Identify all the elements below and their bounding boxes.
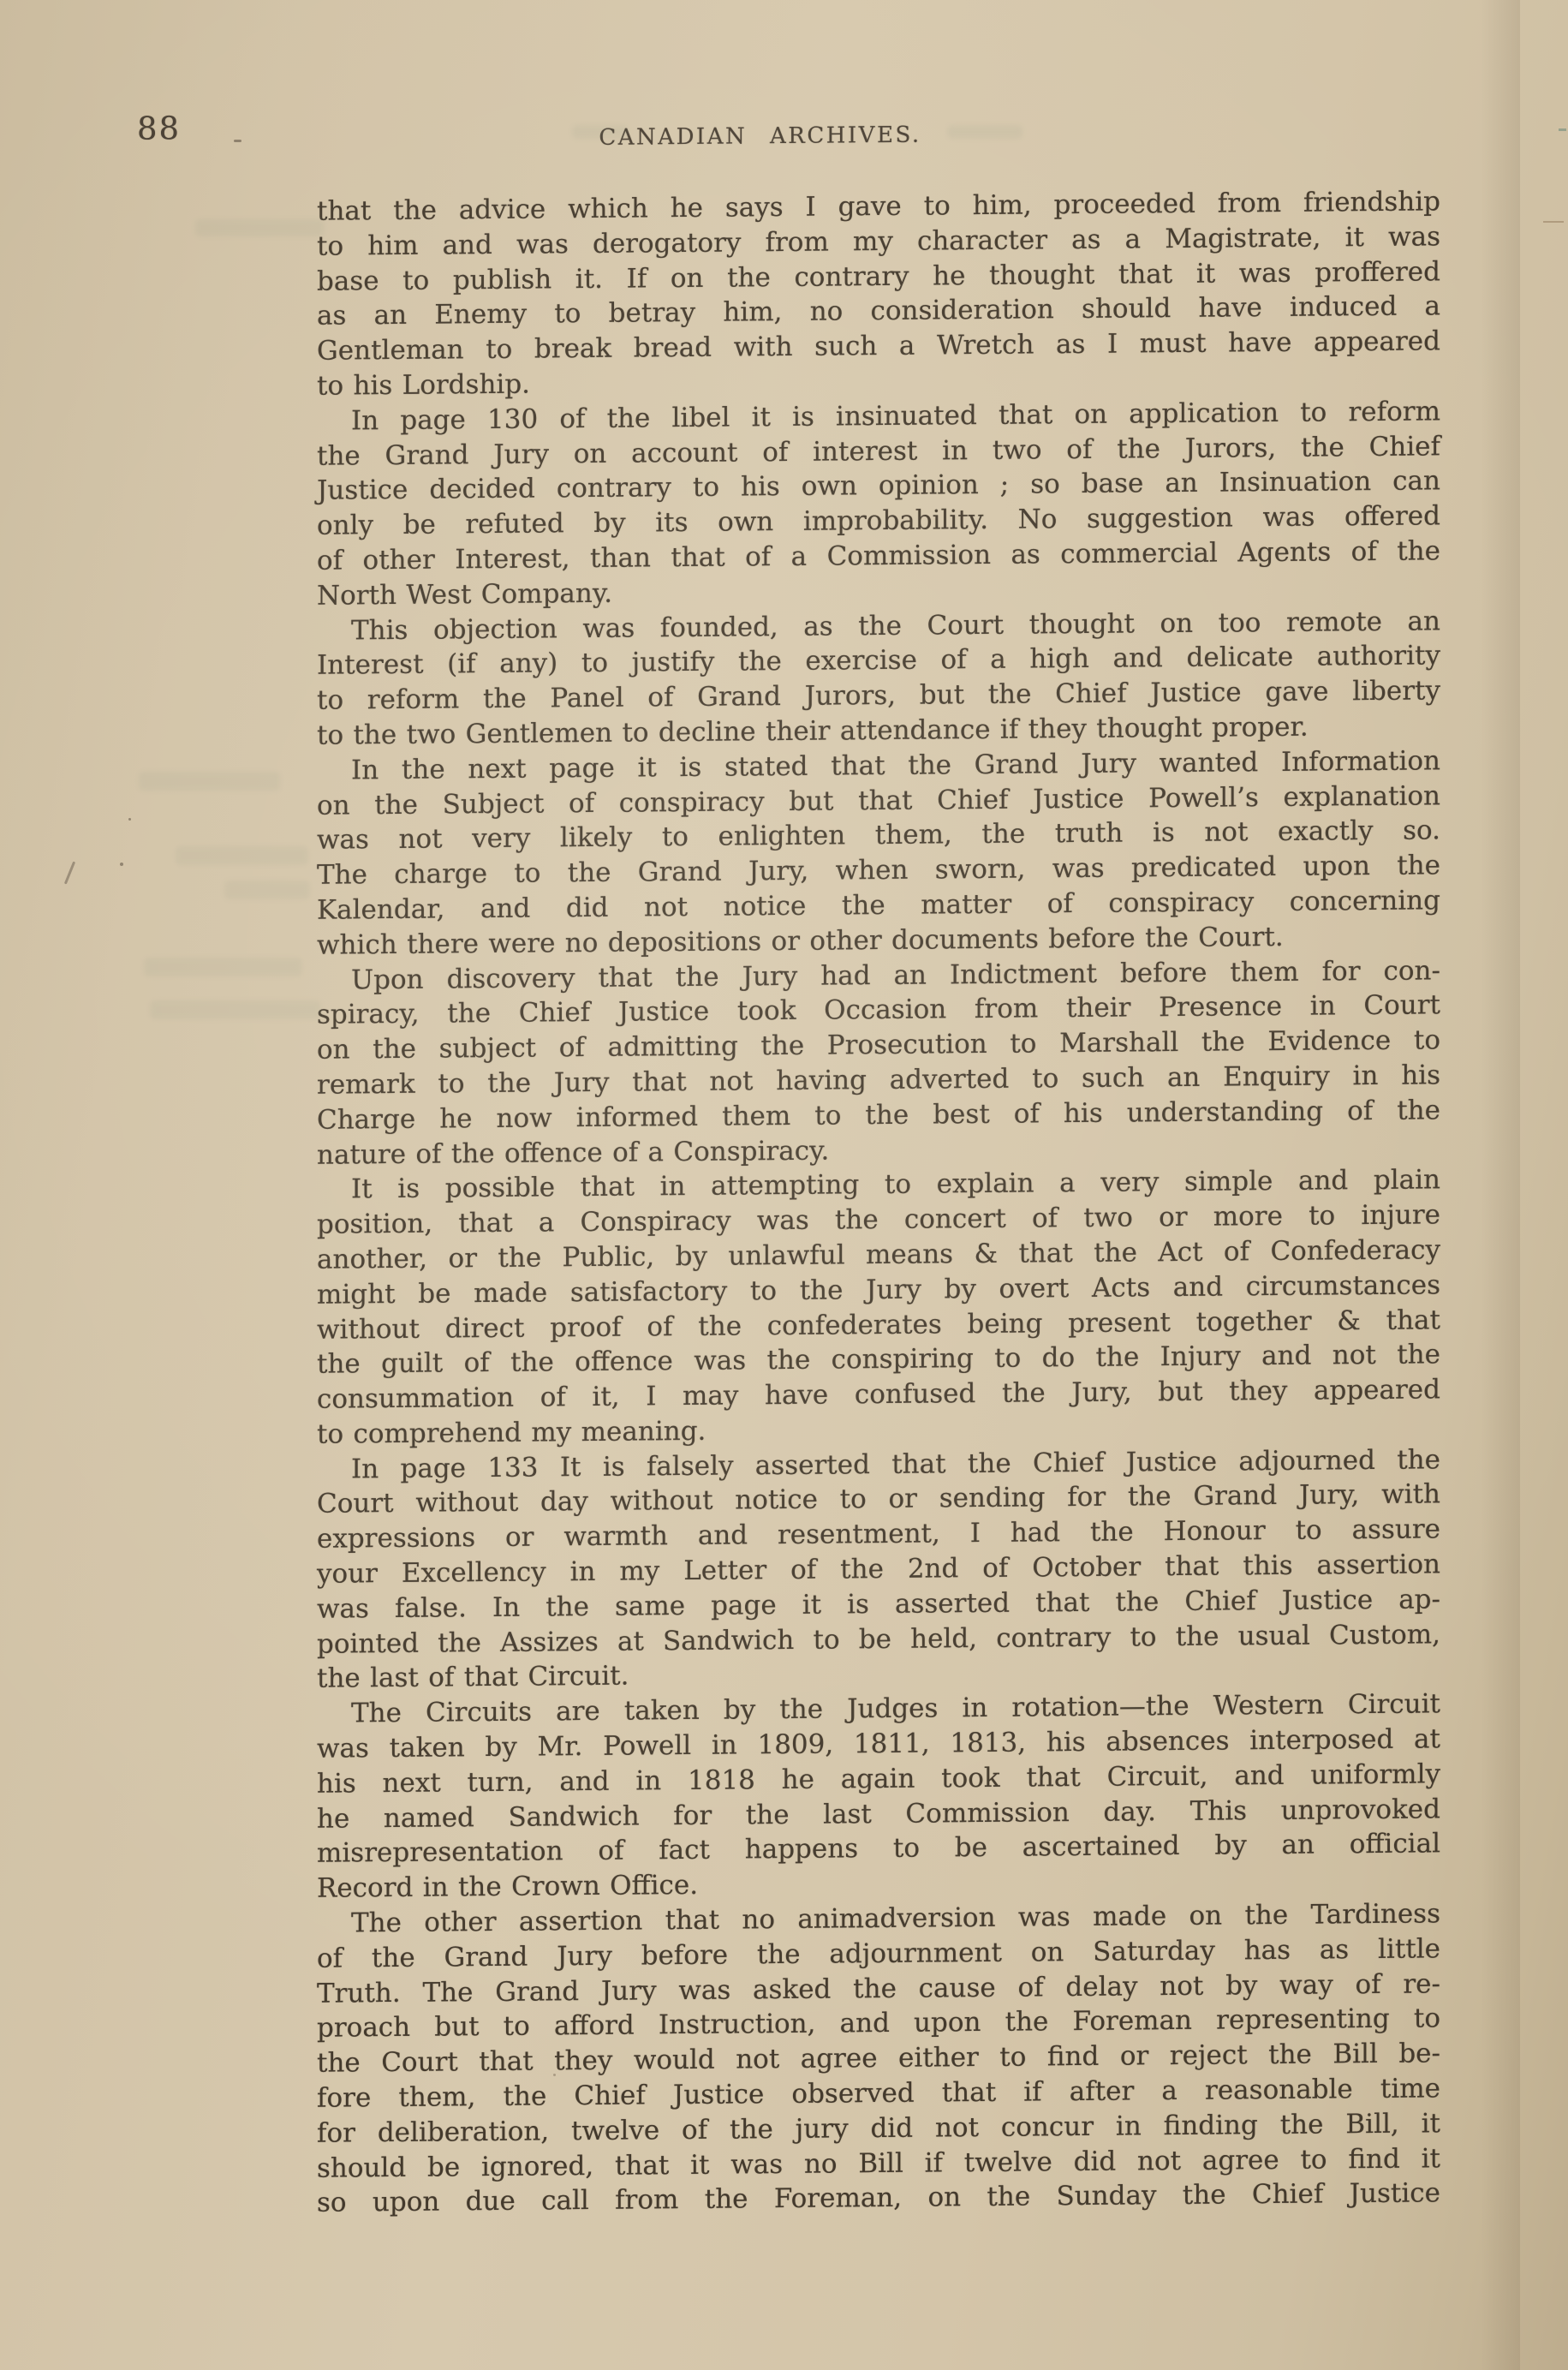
body-text: that the advice which he says I gave to … [317, 184, 1440, 2221]
page-content: 88 CANADIAN ARCHIVES. that the advice wh… [0, 0, 1568, 2370]
running-header: CANADIAN ARCHIVES. [0, 117, 1520, 156]
scanned-book-page: 88 CANADIAN ARCHIVES. that the advice wh… [0, 0, 1568, 2370]
